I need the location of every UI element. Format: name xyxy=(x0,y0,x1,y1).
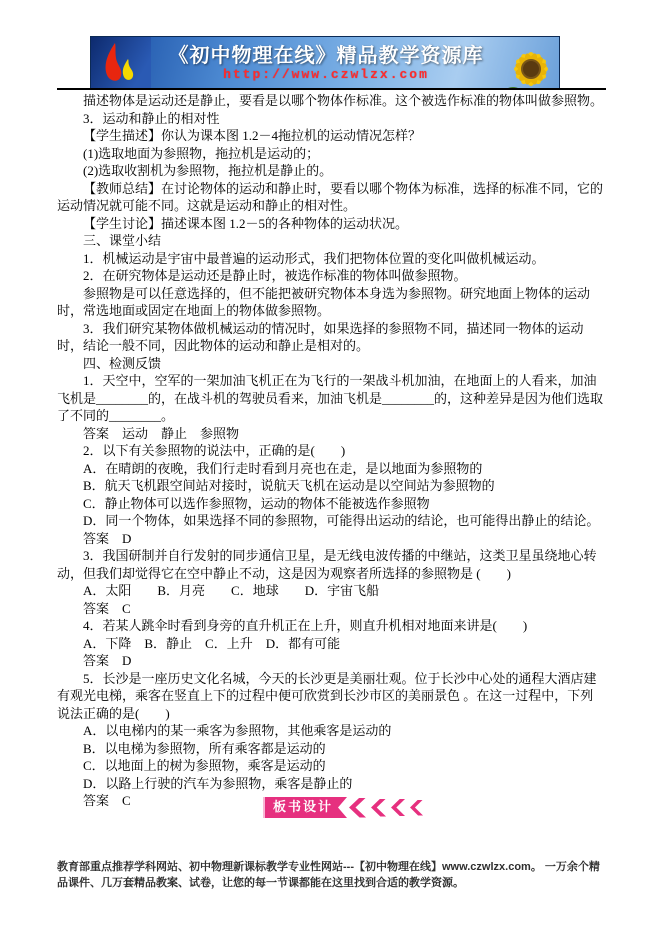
document-line: A．下降 B．静止 C．上升 D．都有可能 xyxy=(57,635,606,653)
document-line: 答案 C xyxy=(57,600,606,618)
left-chevron-icon xyxy=(349,798,366,818)
document-line: 3．我国研制并自行发射的同步通信卫星，是无线电波传播的中继站，这类卫星虽绕地心转… xyxy=(57,547,606,582)
document-line: 【学生讨论】描述课本图 1.2－5的各种物体的运动状况。 xyxy=(57,215,606,233)
document-line: A．在晴朗的夜晚，我们行走时看到月亮也在走，是以地面为参照物的 xyxy=(57,460,606,478)
board-design-label: 板书设计 xyxy=(273,799,333,814)
document-line: A．太阳 B．月亮 C．地球 D．宇宙飞船 xyxy=(57,582,606,600)
site-title: 《初中物理在线》精品教学资源库 xyxy=(151,46,501,66)
document-line: 5．长沙是一座历史文化名城，今天的长沙更是美丽壮观。位于长沙中心处的通程大酒店建… xyxy=(57,670,606,723)
board-design-tag: 板书设计 xyxy=(263,797,347,818)
document-line: 四、检测反馈 xyxy=(57,355,606,373)
document-line: 3．运动和静止的相对性 xyxy=(57,110,606,128)
sunflower-icon xyxy=(501,39,560,90)
document-line: 1．机械运动是宇宙中最普遍的运动形式，我们把物体位置的变化叫做机械运动。 xyxy=(57,250,606,268)
document-line: 3．我们研究某物体做机械运动的情况时，如果选择的参照物不同，描述同一物体的运动时… xyxy=(57,320,606,355)
document-line: 2．在研究物体是运动还是静止时，被选作标准的物体叫做参照物。 xyxy=(57,267,606,285)
document-line: (2)选取收割机为参照物，拖拉机是静止的。 xyxy=(57,162,606,180)
document-line: (1)选取地面为参照物，拖拉机是运动的； xyxy=(57,145,606,163)
site-banner: 《初中物理在线》精品教学资源库 http://www.czwlzx.com xyxy=(90,36,560,90)
document-line: C．以地面上的树为参照物，乘客是运动的 xyxy=(57,757,606,775)
board-design-banner: 板书设计 xyxy=(263,797,423,818)
document-line: 答案 运动 静止 参照物 xyxy=(57,425,606,443)
header-divider xyxy=(57,88,606,90)
document-line: 三、课堂小结 xyxy=(57,232,606,250)
document-line: 1．天空中，空军的一架加油飞机正在为飞行的一架战斗机加油，在地面上的人看来，加油… xyxy=(57,372,606,425)
document-line: 答案 D xyxy=(57,530,606,548)
document-line: B．以电梯为参照物，所有乘客都是运动的 xyxy=(57,740,606,758)
document-line: 【教师总结】在讨论物体的运动和静止时，要看以哪个物体为标准，选择的标准不同，它的… xyxy=(57,180,606,215)
document-line: 参照物是可以任意选择的，但不能把被研究物体本身选为参照物。研究地面上物体的运动时… xyxy=(57,285,606,320)
footer-note: 教育部重点推荐学科网站、初中物理新课标教学专业性网站---【初中物理在线】www… xyxy=(57,859,606,891)
flame-logo-icon xyxy=(91,37,151,89)
document-line: A．以电梯内的某一乘客为参照物，其他乘客是运动的 xyxy=(57,722,606,740)
site-url: http://www.czwlzx.com xyxy=(151,68,501,81)
document-line: 2．以下有关参照物的说法中，正确的是( ) xyxy=(57,442,606,460)
document-line: 答案 D xyxy=(57,652,606,670)
left-chevron-icon xyxy=(391,799,405,816)
left-chevron-icon xyxy=(371,799,386,817)
document-line: B．航天飞机跟空间站对接时，说航天飞机在运动是以空间站为参照物的 xyxy=(57,477,606,495)
document-line: 描述物体是运动还是静止，要看是以哪个物体作标准。这个被选作标准的物体叫做参照物。 xyxy=(57,92,606,110)
left-chevron-icon xyxy=(410,800,423,816)
document-line: D．以路上行驶的汽车为参照物，乘客是静止的 xyxy=(57,775,606,793)
document-line: C．静止物体可以选作参照物，运动的物体不能被选作参照物 xyxy=(57,495,606,513)
document-line: D．同一个物体，如果选择不同的参照物，可能得出运动的结论，也可能得出静止的结论。 xyxy=(57,512,606,530)
document-line: 【学生描述】你认为课本图 1.2－4拖拉机的运动情况怎样？ xyxy=(57,127,606,145)
document-body: 描述物体是运动还是静止，要看是以哪个物体作标准。这个被选作标准的物体叫做参照物。… xyxy=(57,92,606,810)
document-line: 4．若某人跳伞时看到身旁的直升机正在上升，则直升机相对地面来讲是( ) xyxy=(57,617,606,635)
